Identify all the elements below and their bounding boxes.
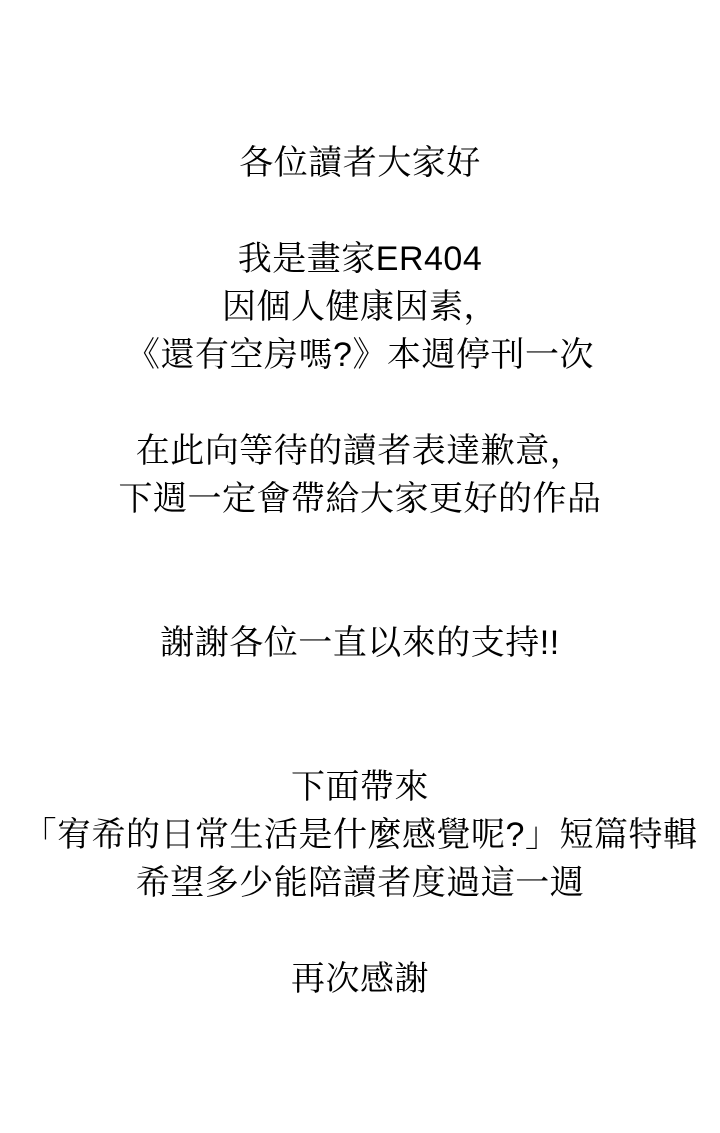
closing-line: 再次感謝 [0,955,720,1003]
thanks-paragraph: 謝謝各位一直以來的支持!! [0,619,720,667]
special-hope-line: 希望多少能陪讀者度過這一週 [0,859,720,907]
greeting-line: 各位讀者大家好 [0,139,720,187]
author-intro-line: 我是畫家ER404 [0,235,720,283]
promise-line: 下週一定會帶給大家更好的作品 [0,475,720,523]
special-title-line: 「宥希的日常生活是什麼感覺呢?」短篇特輯 [0,811,720,859]
hiatus-line: 《還有空房嗎?》本週停刊一次 [0,331,720,379]
announcement-paragraph: 我是畫家ER404 因個人健康因素， 《還有空房嗎?》本週停刊一次 [0,235,720,379]
special-intro-line: 下面帶來 [0,763,720,811]
apology-line: 在此向等待的讀者表達歉意， [0,427,720,475]
closing-paragraph: 再次感謝 [0,955,720,1003]
thanks-line: 謝謝各位一直以來的支持!! [0,619,720,667]
author-notice-page: 各位讀者大家好 我是畫家ER404 因個人健康因素， 《還有空房嗎?》本週停刊一… [0,0,720,1133]
special-paragraph: 下面帶來 「宥希的日常生活是什麼感覺呢?」短篇特輯 希望多少能陪讀者度過這一週 [0,763,720,907]
greeting-paragraph: 各位讀者大家好 [0,139,720,187]
health-reason-line: 因個人健康因素， [0,283,720,331]
apology-paragraph: 在此向等待的讀者表達歉意， 下週一定會帶給大家更好的作品 [0,427,720,523]
